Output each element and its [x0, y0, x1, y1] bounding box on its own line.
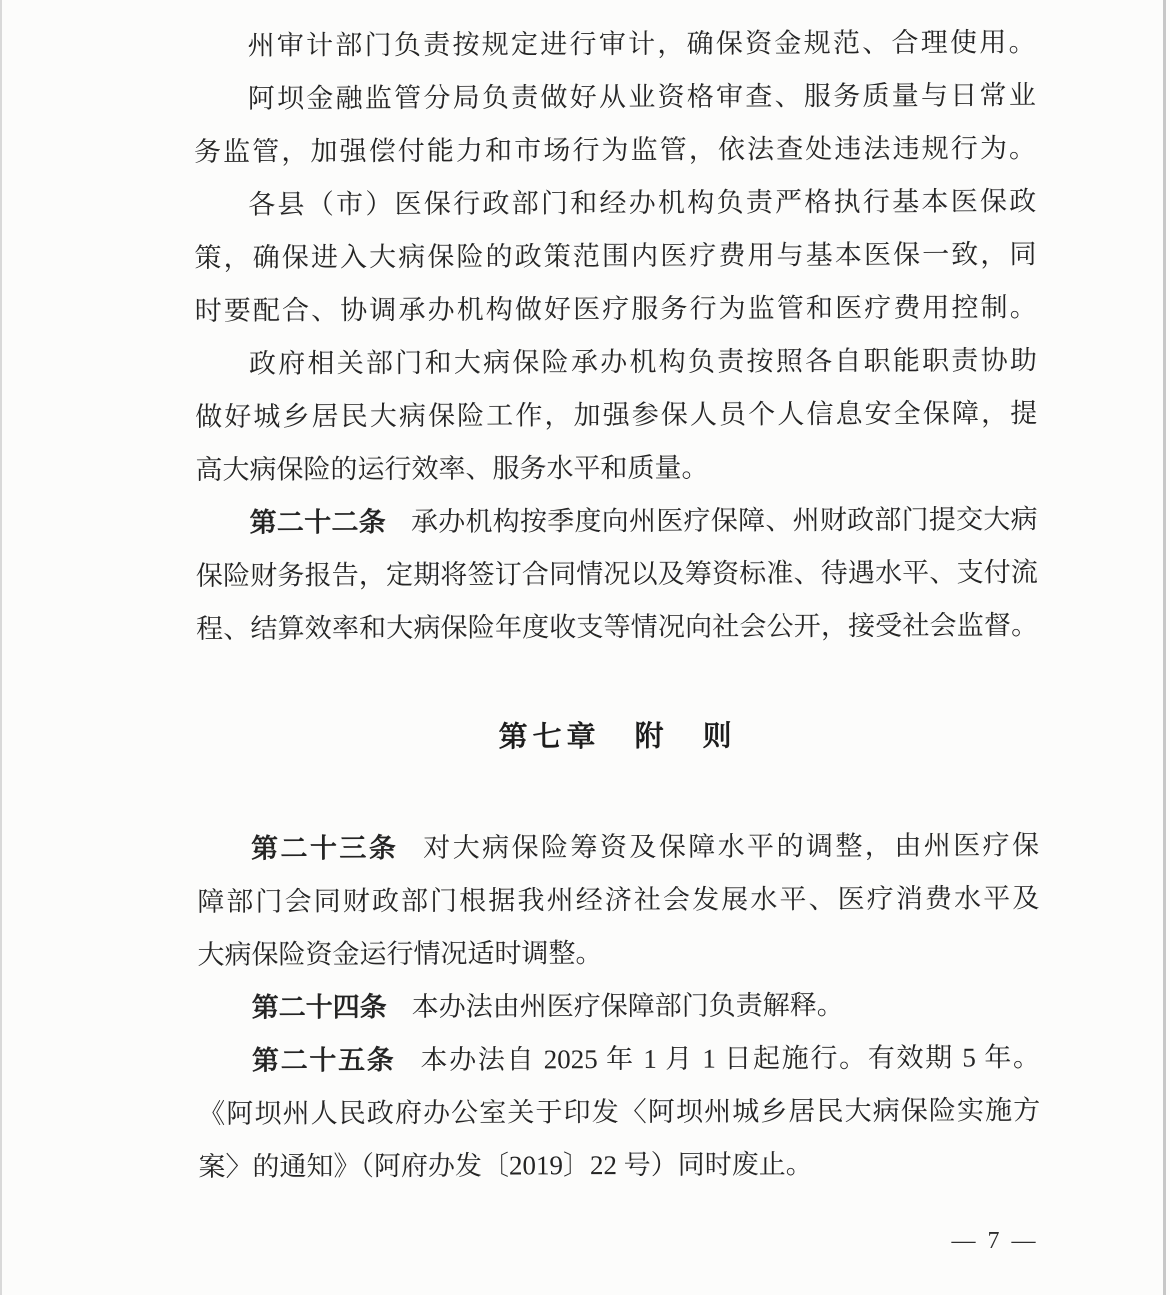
line-text: 保险财务报告，定期将签订合同情况以及筹资标准、待遇水平、支付流	[196, 557, 1038, 591]
text-line: 障部门会同财政部门根据我州经济社会发展水平、医疗消费水平及	[197, 872, 1039, 929]
line-text: 本办法由州医疗保障部门负责解释。	[412, 990, 844, 1022]
scanned-document-page: { "colors": { "ink": "#242424", "paper":…	[0, 0, 1170, 1295]
line-text: 障部门会同财政部门根据我州经济社会发展水平、医疗消费水平及	[197, 883, 1039, 917]
line-text: 本办法自 2025 年 1 月 1 日起施行。有效期 5 年。	[420, 1042, 1040, 1075]
text-line: 时要配合、协调承办机构做好医疗服务行为监管和医疗费用控制。	[195, 281, 1037, 338]
line-text: 务监管，加强偿付能力和市场行为监管，依法查处违法违规行为。	[194, 133, 1036, 167]
text-line: 程、结算效率和大病保险年度收支等情况向社会公开，接受社会监督。	[196, 599, 1038, 656]
text-line: 案〉的通知》（阿府办发〔2019〕22 号）同时废止。	[198, 1137, 1040, 1194]
article-number: 第二十五条	[252, 1045, 396, 1076]
line-text: 做好城乡居民大病保险工作，加强参保人员个人信息安全保障，提	[195, 398, 1037, 432]
line-text: 政府相关部门和大病保险承办机构负责按照各自职能职责协助	[249, 345, 1037, 378]
scan-edge-right	[1163, 0, 1166, 1295]
line-text: 各县（市）医保行政部门和经办机构负责严格执行基本医保政	[248, 186, 1036, 219]
chapter-heading: 第七章 附 则	[196, 709, 1038, 766]
text-line: 第二十五条本办法自 2025 年 1 月 1 日起施行。有效期 5 年。	[198, 1031, 1040, 1088]
line-text: 对大病保险筹资及保障水平的调整，由州医疗保	[423, 830, 1039, 863]
text-line: 第二十四条本办法由州医疗保障部门负责解释。	[198, 978, 1040, 1035]
text-line: 第二十二条承办机构按季度向州医疗保障、州财政部门提交大病	[196, 493, 1038, 550]
line-text: 州审计部门负责按规定进行审计，确保资金规范、合理使用。	[247, 27, 1035, 60]
line-text: 大病保险资金运行情况适时调整。	[197, 938, 602, 970]
text-line: 做好城乡居民大病保险工作，加强参保人员个人信息安全保障，提	[195, 387, 1037, 444]
line-text: 承办机构按季度向州医疗保障、州财政部门提交大病	[411, 504, 1038, 537]
text-line: 高大病保险的运行效率、服务水平和质量。	[195, 440, 1037, 497]
scan-edge-left	[0, 0, 2, 1295]
text-line: 务监管，加强偿付能力和市场行为监管，依法查处违法违规行为。	[194, 122, 1036, 179]
text-line: 策，确保进入大病保险的政策范围内医疗费用与基本医保一致，同	[194, 228, 1036, 285]
article-number: 第二十四条	[252, 992, 387, 1023]
line-text: 时要配合、协调承办机构做好医疗服务行为监管和医疗费用控制。	[195, 292, 1037, 326]
text-column: 州审计部门负责按规定进行审计，确保资金规范、合理使用。阿坝金融监管分局负责做好从…	[193, 16, 1040, 1194]
text-line: 保险财务报告，定期将签订合同情况以及筹资标准、待遇水平、支付流	[196, 546, 1038, 603]
line-text: 高大病保险的运行效率、服务水平和质量。	[195, 453, 708, 485]
text-line: 大病保险资金运行情况适时调整。	[197, 925, 1039, 982]
text-line: 政府相关部门和大病保险承办机构负责按照各自职能职责协助	[195, 334, 1037, 391]
text-line: 州审计部门负责按规定进行审计，确保资金规范、合理使用。	[193, 16, 1035, 73]
line-text: 阿坝金融监管分局负责做好从业资格审查、服务质量与日常业	[248, 80, 1036, 113]
line-text: 案〉的通知》（阿府办发〔2019〕22 号）同时废止。	[198, 1149, 812, 1182]
text-line: 第二十三条对大病保险筹资及保障水平的调整，由州医疗保	[197, 819, 1039, 876]
line-text: 策，确保进入大病保险的政策范围内医疗费用与基本医保一致，同	[194, 239, 1036, 273]
article-number: 第二十三条	[251, 833, 398, 864]
text-line: 阿坝金融监管分局负责做好从业资格审查、服务质量与日常业	[194, 69, 1036, 126]
text-line: 各县（市）医保行政部门和经办机构负责严格执行基本医保政	[194, 175, 1036, 232]
line-text: 程、结算效率和大病保险年度收支等情况向社会公开，接受社会监督。	[196, 610, 1038, 644]
article-number: 第二十二条	[250, 507, 386, 538]
line-text: 《阿坝州人民政府办公室关于印发〈阿坝州城乡居民大病保险实施方	[198, 1095, 1040, 1129]
text-line: 《阿坝州人民政府办公室关于印发〈阿坝州城乡居民大病保险实施方	[198, 1084, 1040, 1141]
page-number: — 7 —	[930, 1228, 1060, 1255]
